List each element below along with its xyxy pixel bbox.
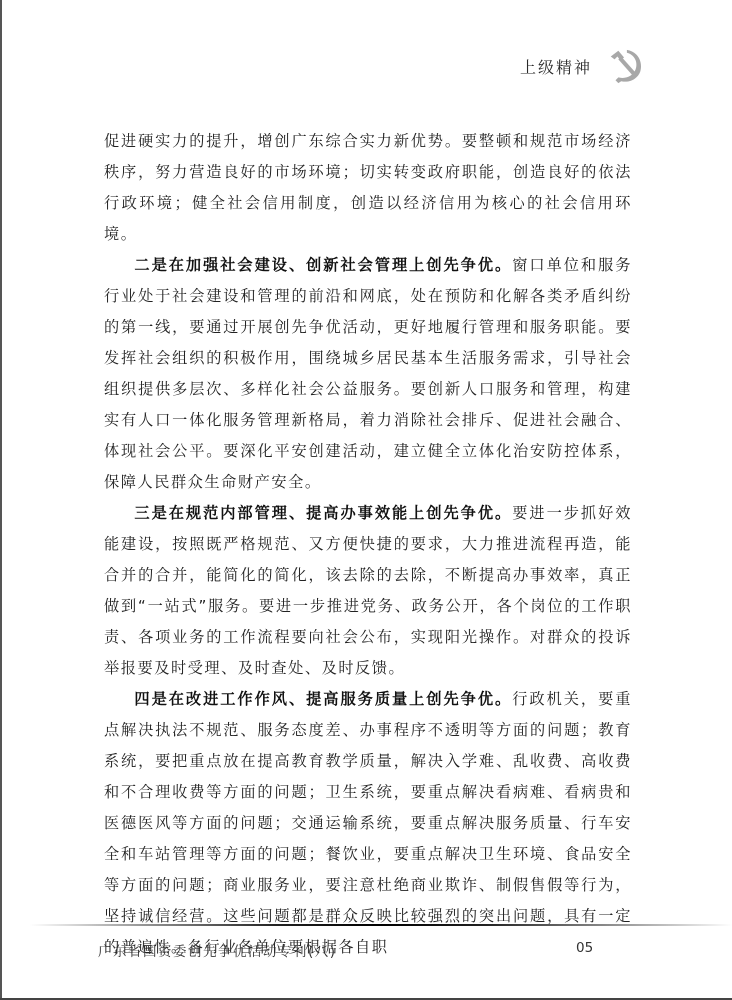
paragraph-3: 三是在规范内部管理、提高办事效能上创先争优。要进一步抓好效能建设，按照既严格规范… xyxy=(104,498,632,684)
paragraph-1-text: 促进硬实力的提升，增创广东综合实力新优势。要整顿和规范市场经济秩序，努力营造良好… xyxy=(104,132,632,243)
paragraph-2-lead: 二是在加强社会建设、创新社会管理上创先争优。 xyxy=(134,256,512,274)
publication-title: 广东省国资委创先争优活动专刊(八) xyxy=(98,940,337,960)
footer-divider xyxy=(30,924,732,926)
hammer-sickle-icon xyxy=(606,47,644,85)
page-edge-left xyxy=(0,0,2,1000)
article-body: 促进硬实力的提升，增创广东综合实力新优势。要整顿和规范市场经济秩序，努力营造良好… xyxy=(104,126,632,963)
paragraph-2-text: 窗口单位和服务行业处于社会建设和管理的前沿和网底，处在预防和化解各类矛盾纠纷的第… xyxy=(104,256,632,491)
page-header: 上级精神 xyxy=(520,46,644,86)
paragraph-1: 促进硬实力的提升，增创广东综合实力新优势。要整顿和规范市场经济秩序，努力营造良好… xyxy=(104,126,632,250)
section-title: 上级精神 xyxy=(520,55,592,78)
paragraph-3-text: 要进一步抓好效能建设，按照既严格规范、又方便快捷的要求，大力推进流程再造，能合并… xyxy=(104,504,632,677)
paragraph-3-lead: 三是在规范内部管理、提高办事效能上创先争优。 xyxy=(134,504,512,522)
paragraph-4-text: 行政机关，要重点解决执法不规范、服务态度差、办事程序不透明等方面的问题；教育系统… xyxy=(104,690,632,956)
page-number: 05 xyxy=(576,940,593,956)
paragraph-4: 四是在改进工作作风、提高服务质量上创先争优。行政机关，要重点解决执法不规范、服务… xyxy=(104,684,632,963)
paragraph-4-lead: 四是在改进工作作风、提高服务质量上创先争优。 xyxy=(134,690,512,708)
paragraph-2: 二是在加强社会建设、创新社会管理上创先争优。窗口单位和服务行业处于社会建设和管理… xyxy=(104,250,632,498)
